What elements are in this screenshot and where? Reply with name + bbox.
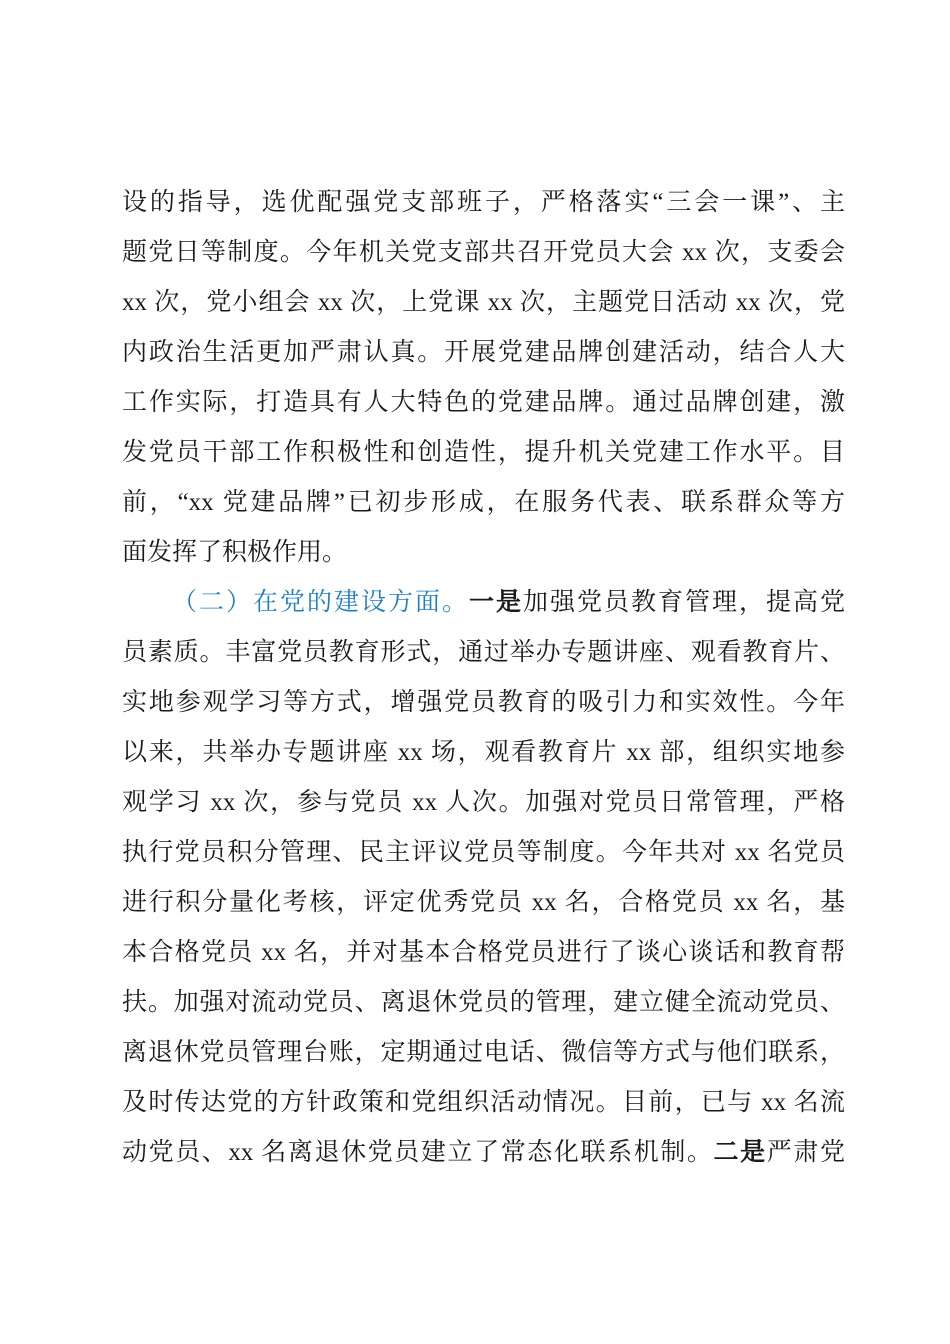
body-text: 以来，共举办专题讲座 xx 场，观看教育片 xx 部，组织实地参 (122, 739, 845, 766)
text-line: 进行积分量化考核，评定优秀党员 xx 名，合格党员 xx 名，基 (122, 878, 845, 928)
body-text: 执行党员积分管理、民主评议党员等制度。今年共对 xx 名党员 (122, 839, 845, 866)
body-text: 题党日等制度。今年机关党支部共召开党员大会 xx 次，支委会 (122, 239, 845, 266)
text-line: 设的指导，选优配强党支部班子，严格落实“三会一课”、主 (122, 178, 845, 228)
body-text: 内政治生活更加严肃认真。开展党建品牌创建活动，结合人大 (122, 339, 845, 366)
body-text: 离退休党员管理台账，定期通过电话、微信等方式与他们联系， (122, 1039, 845, 1066)
text-line: 实地参观学习等方式，增强党员教育的吸引力和实效性。今年 (122, 678, 845, 728)
body-text: 本合格党员 xx 名，并对基本合格党员进行了谈心谈话和教育帮 (122, 939, 845, 966)
body-text: 严肃党 (767, 1139, 845, 1166)
body-text: 发党员干部工作积极性和创造性，提升机关党建工作水平。目 (122, 439, 845, 466)
document-page: 设的指导，选优配强党支部班子，严格落实“三会一课”、主题党日等制度。今年机关党支… (0, 0, 950, 1344)
document-body: 设的指导，选优配强党支部班子，严格落实“三会一课”、主题党日等制度。今年机关党支… (122, 178, 845, 1178)
text-line: 扶。加强对流动党员、离退休党员的管理，建立健全流动党员、 (122, 978, 845, 1028)
text-line: 发党员干部工作积极性和创造性，提升机关党建工作水平。目 (122, 428, 845, 478)
body-text: xx 次，党小组会 xx 次，上党课 xx 次，主题党日活动 xx 次，党 (122, 289, 845, 316)
body-text: 面发挥了积极作用。 (122, 539, 347, 566)
text-line: 执行党员积分管理、民主评议党员等制度。今年共对 xx 名党员 (122, 828, 845, 878)
text-line: 及时传达党的方针政策和党组织活动情况。目前，已与 xx 名流 (122, 1078, 845, 1128)
body-text: 加强党员教育管理，提高党 (523, 589, 845, 616)
text-line: 动党员、xx 名离退休党员建立了常态化联系机制。二是严肃党 (122, 1128, 845, 1178)
body-text: 观学习 xx 次，参与党员 xx 人次。加强对党员日常管理，严格 (122, 789, 845, 816)
text-line: 面发挥了积极作用。 (122, 528, 845, 578)
body-text: 前，“xx 党建品牌”已初步形成，在服务代表、联系群众等方 (122, 489, 845, 516)
body-text: 动党员、xx 名离退休党员建立了常态化联系机制。 (122, 1139, 714, 1166)
body-text: 扶。加强对流动党员、离退休党员的管理，建立健全流动党员、 (122, 989, 845, 1016)
text-line: 观学习 xx 次，参与党员 xx 人次。加强对党员日常管理，严格 (122, 778, 845, 828)
text-line: 题党日等制度。今年机关党支部共召开党员大会 xx 次，支委会 (122, 228, 845, 278)
text-line: 内政治生活更加严肃认真。开展党建品牌创建活动，结合人大 (122, 328, 845, 378)
body-text: 及时传达党的方针政策和党组织活动情况。目前，已与 xx 名流 (122, 1089, 845, 1116)
text-line: 工作实际，打造具有人大特色的党建品牌。通过品牌创建，激 (122, 378, 845, 428)
section-heading: （二）在党的建设方面。 (172, 589, 469, 616)
body-text: 员素质。丰富党员教育形式，通过举办专题讲座、观看教育片、 (122, 639, 845, 666)
text-line: 离退休党员管理台账，定期通过电话、微信等方式与他们联系， (122, 1028, 845, 1078)
body-text: 设的指导，选优配强党支部班子，严格落实“三会一课”、主 (122, 189, 845, 216)
bold-marker-text: 一是 (469, 589, 523, 616)
body-text: 实地参观学习等方式，增强党员教育的吸引力和实效性。今年 (122, 689, 845, 716)
body-text: 进行积分量化考核，评定优秀党员 xx 名，合格党员 xx 名，基 (122, 889, 845, 916)
text-line: 前，“xx 党建品牌”已初步形成，在服务代表、联系群众等方 (122, 478, 845, 528)
text-line: 本合格党员 xx 名，并对基本合格党员进行了谈心谈话和教育帮 (122, 928, 845, 978)
bold-marker-text: 二是 (714, 1139, 767, 1166)
text-line: （二）在党的建设方面。一是加强党员教育管理，提高党 (122, 578, 845, 628)
text-line: 员素质。丰富党员教育形式，通过举办专题讲座、观看教育片、 (122, 628, 845, 678)
body-text: 工作实际，打造具有人大特色的党建品牌。通过品牌创建，激 (122, 389, 845, 416)
text-line: xx 次，党小组会 xx 次，上党课 xx 次，主题党日活动 xx 次，党 (122, 278, 845, 328)
text-line: 以来，共举办专题讲座 xx 场，观看教育片 xx 部，组织实地参 (122, 728, 845, 778)
